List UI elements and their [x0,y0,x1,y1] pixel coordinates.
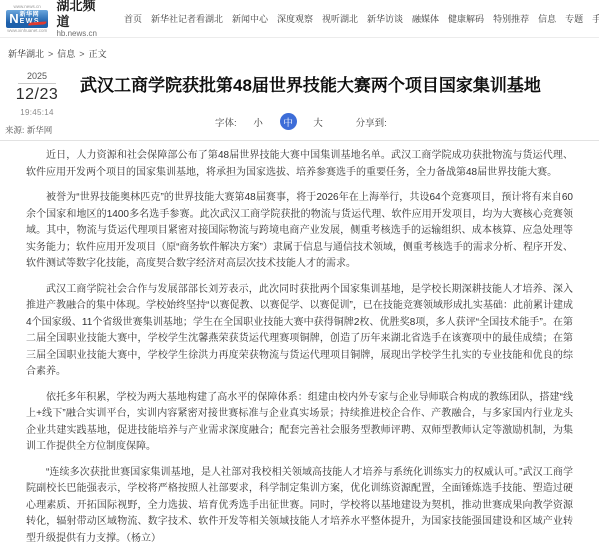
site-logo[interactable]: www.news.cn N 新华网 EWS www.xinhuanet.com … [5,0,97,39]
publish-date-block: 2025 12/23 19:45:14 来源: 新华网 [5,66,69,136]
breadcrumb-link-info[interactable]: 信息 [57,47,75,60]
article-paragraph: “连续多次获批世赛国家集训基地，是人社部对我校相关领域高技能人才培养与系统化训练… [26,465,573,542]
xinhuanet-logo: www.news.cn N 新华网 EWS www.xinhuanet.com [5,4,49,34]
logo-n-letter: N [9,12,18,25]
nav-link[interactable]: 深度观察 [277,12,313,25]
top-nav: 首页新华社记者看湖北新闻中心深度观察视听湖北新华访谈融媒体健康解码特别推荐信息专… [124,12,599,25]
article-source: 来源: 新华网 [5,124,69,136]
font-size-label: 字体: [215,115,237,129]
nav-link[interactable]: 信息 [538,12,556,25]
publish-time: 19:45:14 [5,108,69,117]
nav-link[interactable]: 新闻中心 [232,12,268,25]
publish-year: 2025 [18,71,56,84]
article-paragraph: 依托多年积累，学校为两大基地构建了高水平的保障体系：组建由校内外专家与企业导师联… [26,390,573,456]
nav-link[interactable]: 首页 [124,12,142,25]
article-paragraph: 近日，人力资源和社会保障部公布了第48届世界技能大赛中国集训基地名单。武汉工商学… [26,148,573,181]
share-label: 分享到: [356,115,387,129]
nav-link[interactable]: 视听湖北 [322,12,358,25]
article-body: 近日，人力资源和社会保障部公布了第48届世界技能大赛中国集训基地名单。武汉工商学… [0,141,599,542]
channel-title[interactable]: 湖北频道 [56,0,96,29]
font-small-button[interactable]: 小 [250,113,267,130]
logo-url-top: www.news.cn [14,4,41,9]
breadcrumb-separator: > [79,49,84,59]
font-medium-button[interactable]: 中 [280,113,297,130]
breadcrumb-current-page: 正文 [89,47,107,60]
breadcrumb-link-xinhua-hubei[interactable]: 新华湖北 [8,47,44,60]
nav-link[interactable]: 健康解码 [448,12,484,25]
article-toolbar: 字体: 小 中 大 分享到: [215,113,583,130]
logo-url-bottom: www.xinhuanet.com [7,28,47,33]
nav-link[interactable]: 融媒体 [412,12,439,25]
nav-link[interactable]: 特别推荐 [493,12,529,25]
nav-link[interactable]: 专题 [565,12,583,25]
site-header: www.news.cn N 新华网 EWS www.xinhuanet.com … [0,0,599,38]
article-header: 2025 12/23 19:45:14 来源: 新华网 武汉工商学院获批第48届… [0,62,599,140]
source-label: 来源: [5,125,27,135]
xinhuanet-logo-icon: N 新华网 EWS [6,10,48,28]
font-large-button[interactable]: 大 [310,113,327,130]
article-paragraph: 被誉为“世界技能奥林匹克”的世界技能大赛第48届赛事，将于2026年在上海举行，… [26,190,573,273]
breadcrumb-separator: > [48,49,53,59]
nav-link[interactable]: 新华访谈 [367,12,403,25]
publish-day: 12/23 [5,86,69,104]
breadcrumb: 新华湖北 > 信息 > 正文 [0,38,599,62]
nav-link[interactable]: 新华社记者看湖北 [151,12,223,25]
article-title: 武汉工商学院获批第48届世界技能大赛两个项目国家集训基地 [80,62,583,98]
source-name[interactable]: 新华网 [27,125,53,135]
article-paragraph: 武汉工商学院社会合作与发展部部长刘芳表示，此次同时获批两个国家集训基地，是学校长… [26,282,573,381]
channel-url: hb.news.cn [56,29,96,39]
nav-link[interactable]: 手机网 [592,12,599,25]
